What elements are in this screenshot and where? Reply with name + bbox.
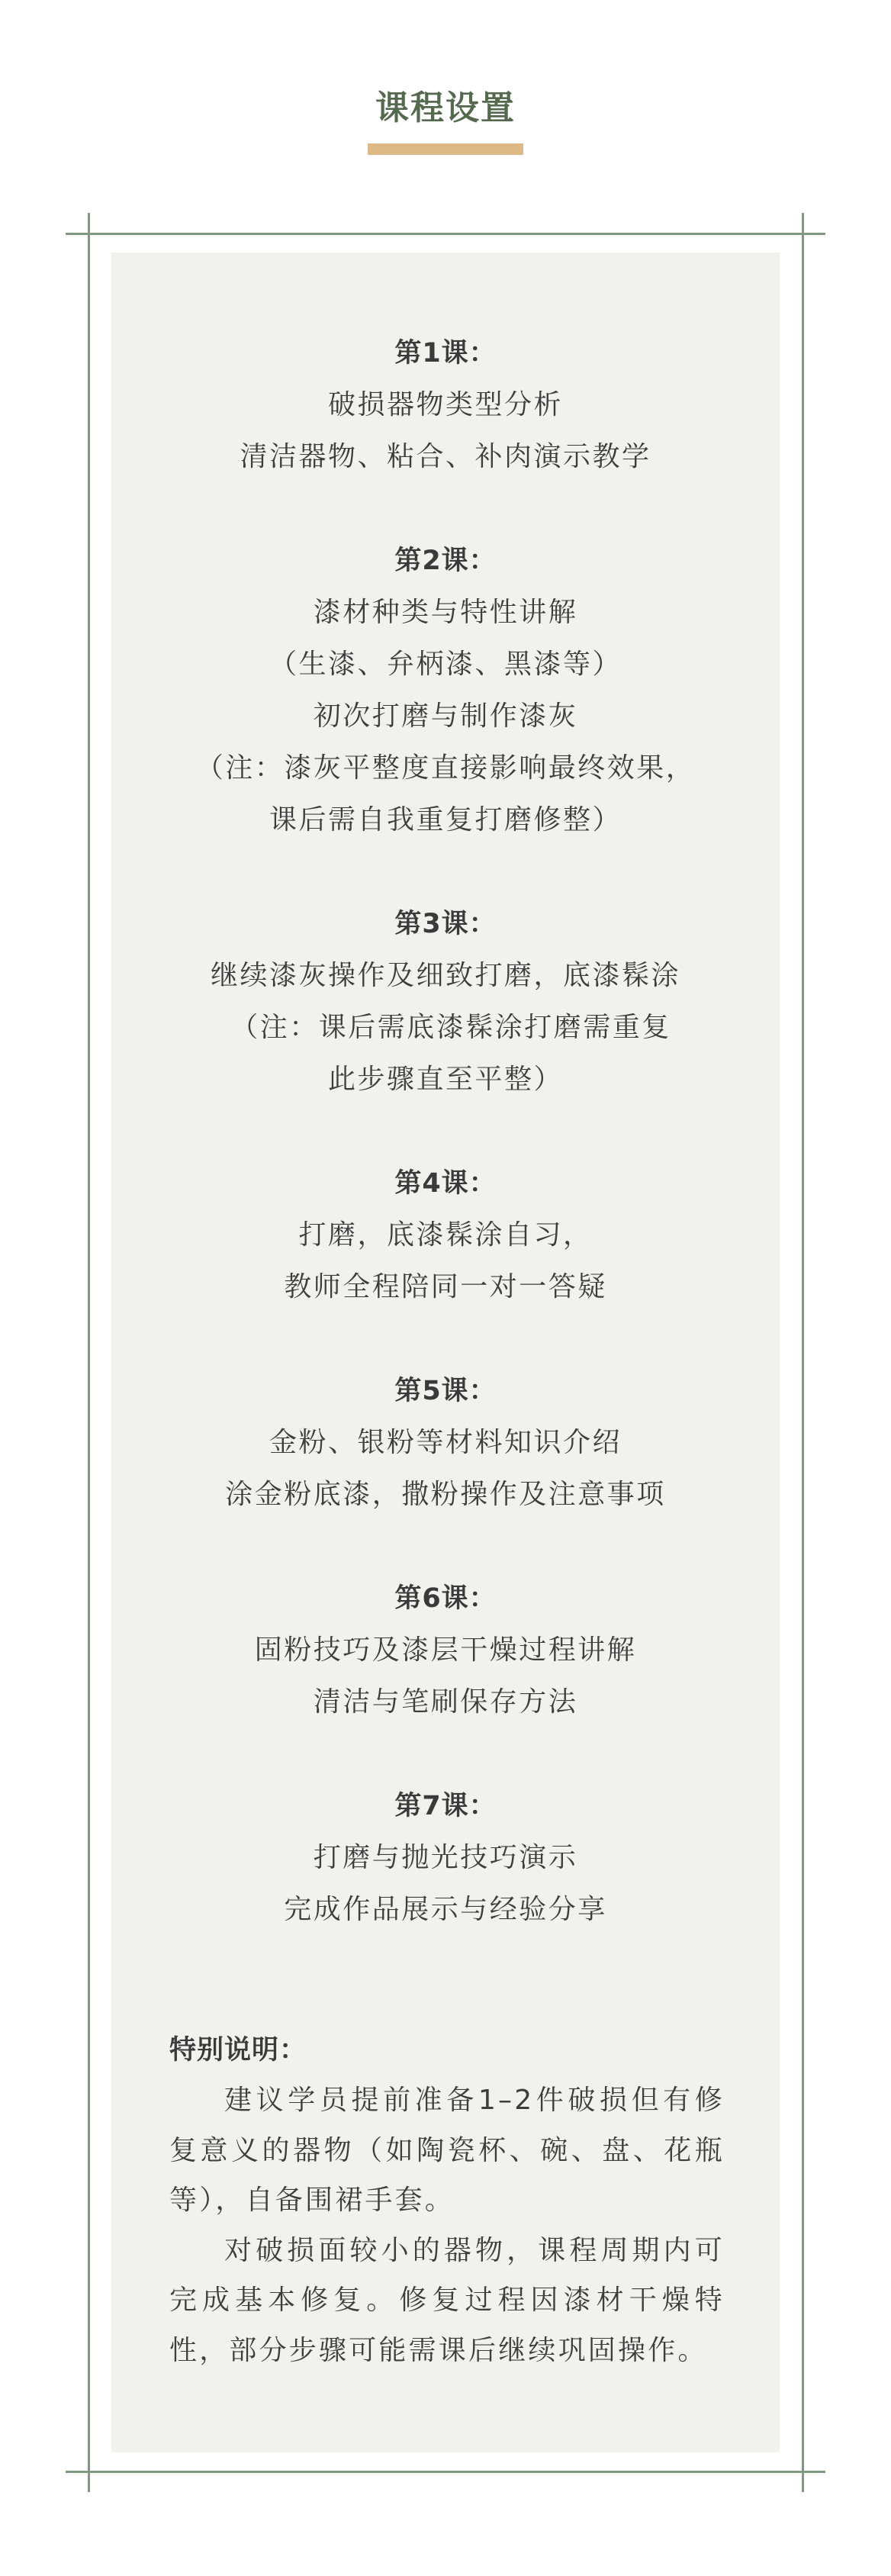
- notes-paragraph: 建议学员提前准备1–2件破损但有修复意义的器物（如陶瓷杯、碗、盘、花瓶等），自备…: [169, 2075, 725, 2226]
- lesson-line: 涂金粉底漆，撒粉操作及注意事项: [111, 1469, 780, 1521]
- lesson-2: 第2课： 漆材种类与特性讲解 （生漆、弁柄漆、黑漆等） 初次打磨与制作漆灰 （注…: [111, 535, 780, 846]
- lesson-line: 固粉技巧及漆层干燥过程讲解: [111, 1624, 780, 1676]
- lesson-line: 破损器物类型分析: [111, 379, 780, 431]
- lesson-line: （生漆、弁柄漆、黑漆等）: [111, 639, 780, 691]
- lesson-4: 第4课： 打磨，底漆髹涂自习， 教师全程陪同一对一答疑: [111, 1158, 780, 1313]
- lesson-line: 课后需自我重复打磨修整）: [111, 794, 780, 846]
- lesson-line: 继续漆灰操作及细致打磨，底漆髹涂: [111, 950, 780, 1002]
- frame-left-line: [88, 213, 90, 2492]
- title-accent-bar: [368, 143, 523, 155]
- lesson-line: 打磨，底漆髹涂自习，: [111, 1209, 780, 1261]
- lesson-line: 清洁与笔刷保存方法: [111, 1676, 780, 1728]
- lesson-line: （注：漆灰平整度直接影响最终效果，: [111, 742, 780, 794]
- lesson-heading: 第4课：: [111, 1158, 780, 1209]
- lesson-list: 第1课： 破损器物类型分析 清洁器物、粘合、补肉演示教学 第2课： 漆材种类与特…: [111, 327, 780, 1988]
- lesson-line: 教师全程陪同一对一答疑: [111, 1261, 780, 1313]
- lesson-line: 此步骤直至平整）: [111, 1054, 780, 1106]
- lesson-heading: 第5课：: [111, 1365, 780, 1417]
- lesson-line: 清洁器物、粘合、补肉演示教学: [111, 431, 780, 483]
- lesson-line: 打磨与抛光技巧演示: [111, 1832, 780, 1884]
- notes-heading: 特别说明：: [169, 2025, 725, 2075]
- lesson-heading: 第7课：: [111, 1780, 780, 1832]
- lesson-line: 漆材种类与特性讲解: [111, 587, 780, 639]
- lesson-heading: 第3课：: [111, 898, 780, 950]
- lesson-line: （注：课后需底漆髹涂打磨需重复: [111, 1002, 780, 1054]
- lesson-1: 第1课： 破损器物类型分析 清洁器物、粘合、补肉演示教学: [111, 327, 780, 483]
- frame-bottom-line: [66, 2471, 825, 2473]
- lesson-line: 金粉、银粉等材料知识介绍: [111, 1417, 780, 1469]
- frame-top-line: [66, 233, 825, 235]
- special-notes: 特别说明： 建议学员提前准备1–2件破损但有修复意义的器物（如陶瓷杯、碗、盘、花…: [169, 2025, 725, 2375]
- lesson-line: 完成作品展示与经验分享: [111, 1884, 780, 1936]
- lesson-line: 初次打磨与制作漆灰: [111, 691, 780, 742]
- lesson-heading: 第6课：: [111, 1573, 780, 1624]
- lesson-5: 第5课： 金粉、银粉等材料知识介绍 涂金粉底漆，撒粉操作及注意事项: [111, 1365, 780, 1521]
- notes-paragraph: 对破损面较小的器物，课程周期内可完成基本修复。修复过程因漆材干燥特性，部分步骤可…: [169, 2226, 725, 2376]
- lesson-heading: 第1课：: [111, 327, 780, 379]
- frame-right-line: [802, 213, 804, 2492]
- lesson-3: 第3课： 继续漆灰操作及细致打磨，底漆髹涂 （注：课后需底漆髹涂打磨需重复 此步…: [111, 898, 780, 1106]
- lesson-7: 第7课： 打磨与抛光技巧演示 完成作品展示与经验分享: [111, 1780, 780, 1936]
- lesson-heading: 第2课：: [111, 535, 780, 587]
- page-title: 课程设置: [0, 85, 891, 131]
- course-panel: 第1课： 破损器物类型分析 清洁器物、粘合、补肉演示教学 第2课： 漆材种类与特…: [111, 253, 780, 2452]
- lesson-6: 第6课： 固粉技巧及漆层干燥过程讲解 清洁与笔刷保存方法: [111, 1573, 780, 1728]
